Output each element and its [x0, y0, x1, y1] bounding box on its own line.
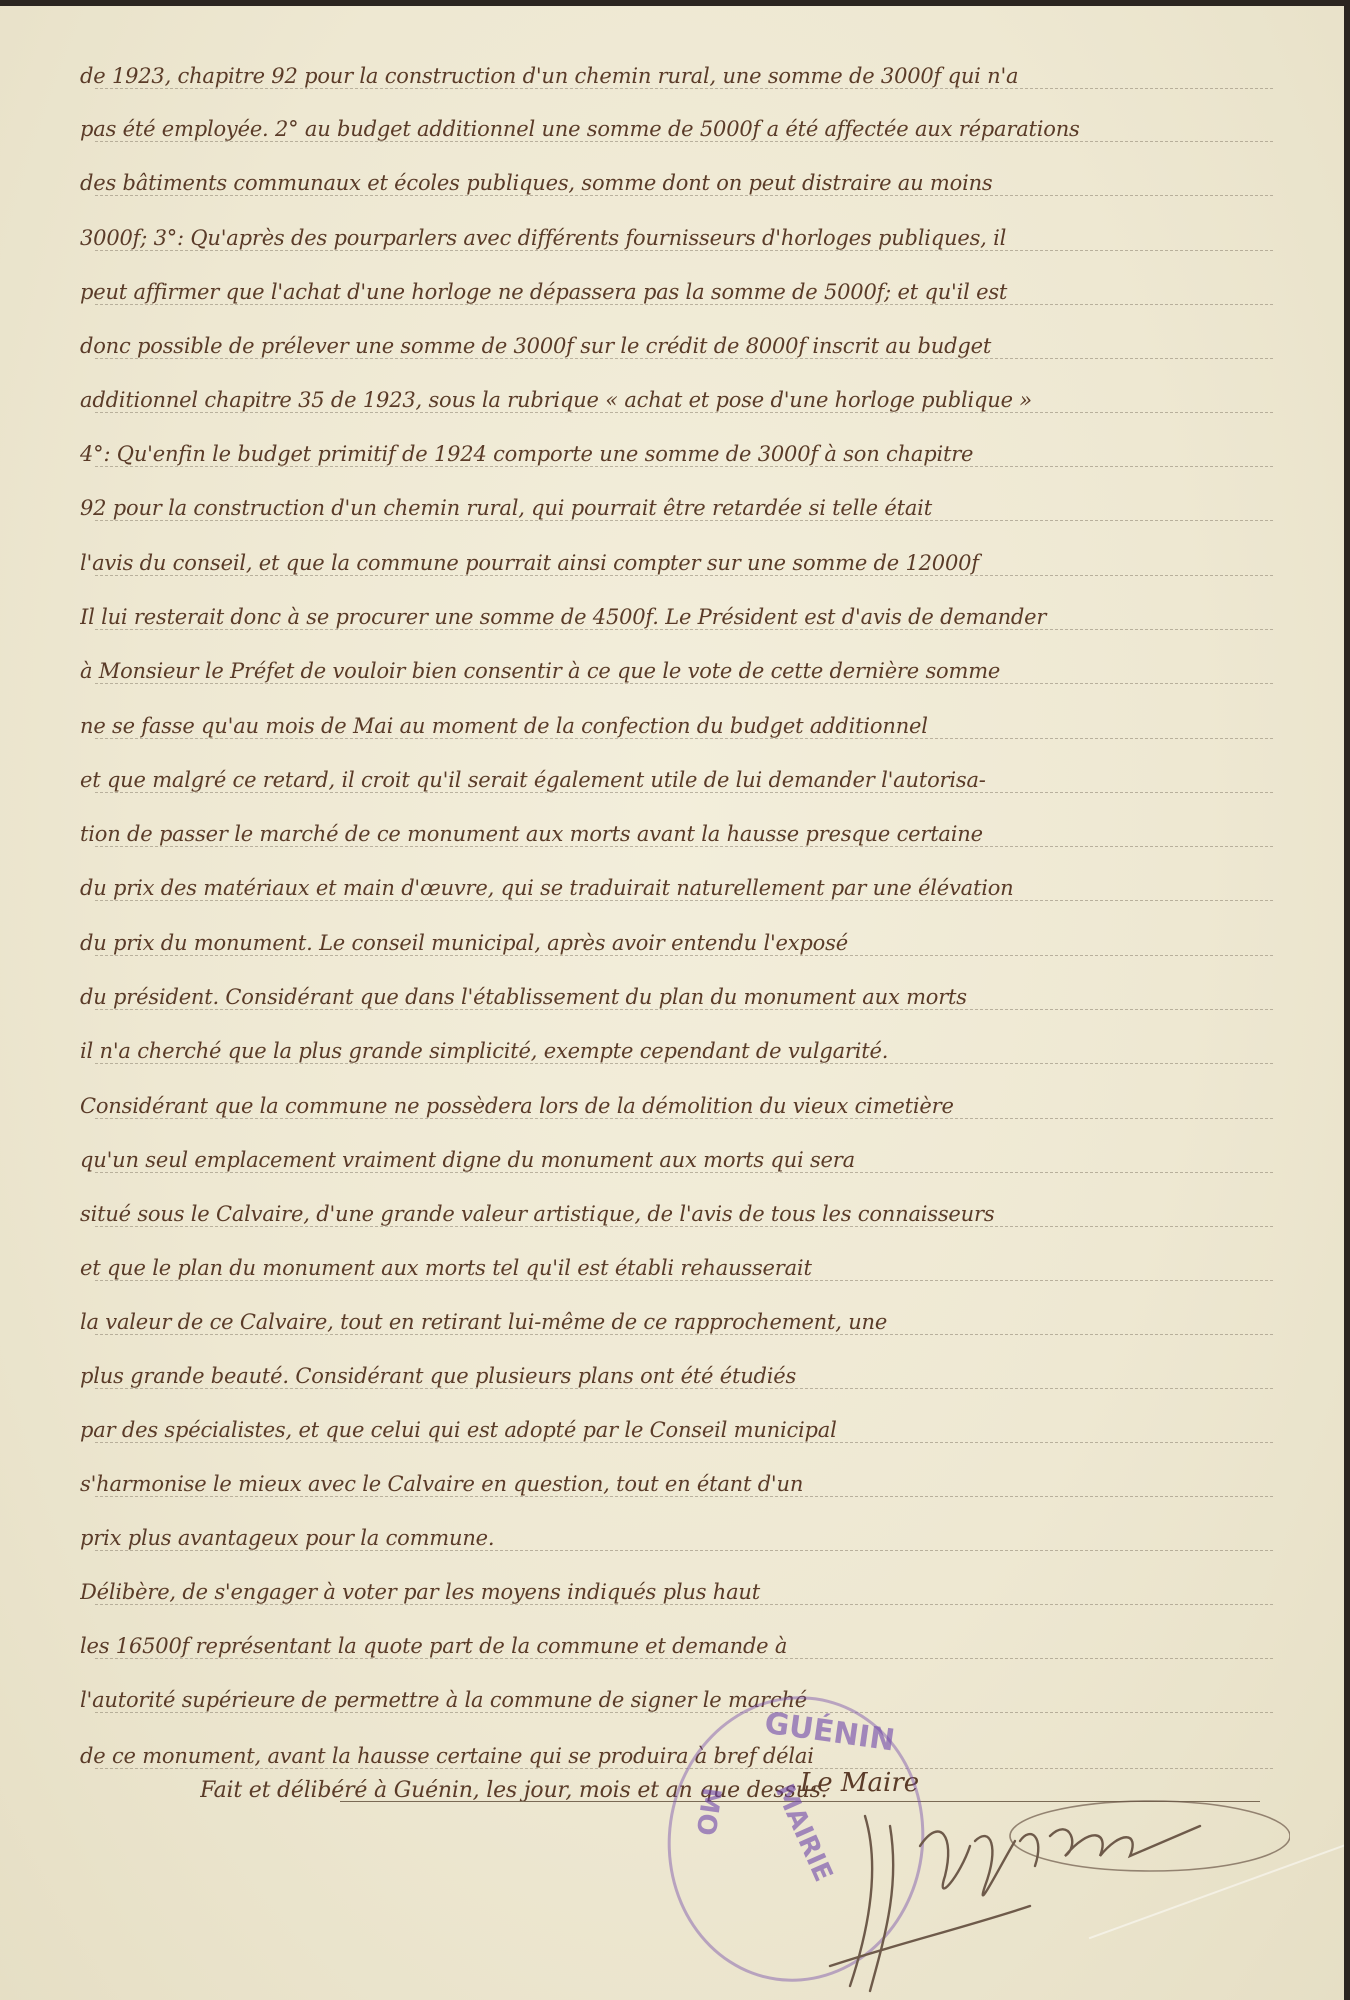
handwritten-line: additionnel chapitre 35 de 1923, sous la…: [80, 380, 1325, 420]
handwritten-line: Considérant que la commune ne possèdera …: [80, 1086, 1325, 1126]
handwritten-line: peut affirmer que l'achat d'une horloge …: [80, 272, 1325, 312]
stamp-side-text: MO: [690, 1786, 726, 1838]
handwritten-line: situé sous le Calvaire, d'une grande val…: [80, 1194, 1325, 1234]
handwritten-line: Délibère, de s'engager à voter par les m…: [80, 1572, 1325, 1612]
handwritten-line: à Monsieur le Préfet de vouloir bien con…: [80, 651, 1325, 691]
handwritten-line: l'avis du conseil, et que la commune pou…: [80, 543, 1325, 583]
handwritten-line: 92 pour la construction d'un chemin rura…: [80, 488, 1325, 528]
handwritten-line: et que malgré ce retard, il croit qu'il …: [80, 760, 1325, 800]
handwritten-line: des bâtiments communaux et écoles publiq…: [80, 163, 1325, 203]
mayor-signature: [770, 1786, 1290, 1996]
handwritten-line: de 1923, chapitre 92 pour la constructio…: [80, 56, 1325, 96]
handwritten-line: les 16500f représentant la quote part de…: [80, 1626, 1325, 1666]
handwritten-line: du président. Considérant que dans l'éta…: [80, 977, 1325, 1017]
handwritten-line: l'autorité supérieure de permettre à la …: [80, 1680, 1325, 1720]
handwritten-line: par des spécialistes, et que celui qui e…: [80, 1410, 1325, 1450]
handwritten-line: 4°: Qu'enfin le budget primitif de 1924 …: [80, 434, 1325, 474]
handwritten-line: s'harmonise le mieux avec le Calvaire en…: [80, 1464, 1325, 1504]
handwritten-line: prix plus avantageux pour la commune.: [80, 1518, 1325, 1558]
handwritten-line: qu'un seul emplacement vraiment digne du…: [80, 1140, 1325, 1180]
handwritten-line: ne se fasse qu'au mois de Mai au moment …: [80, 706, 1325, 746]
handwritten-line: donc possible de prélever une somme de 3…: [80, 326, 1325, 366]
handwritten-line: du prix des matériaux et main d'œuvre, q…: [80, 868, 1325, 908]
handwritten-line: plus grande beauté. Considérant que plus…: [80, 1356, 1325, 1396]
handwritten-line: et que le plan du monument aux morts tel…: [80, 1248, 1325, 1288]
handwritten-line: Il lui resterait donc à se procurer une …: [80, 597, 1325, 637]
handwritten-line: la valeur de ce Calvaire, tout en retira…: [80, 1302, 1325, 1342]
handwritten-line: 3000f; 3°: Qu'après des pourparlers avec…: [80, 218, 1325, 258]
handwritten-line: pas été employée. 2° au budget additionn…: [80, 109, 1325, 149]
handwritten-line: il n'a cherché que la plus grande simpli…: [80, 1031, 1325, 1071]
handwritten-line: du prix du monument. Le conseil municipa…: [80, 923, 1325, 963]
document-page: de 1923, chapitre 92 pour la constructio…: [0, 6, 1344, 2000]
handwritten-line: tion de passer le marché de ce monument …: [80, 814, 1325, 854]
